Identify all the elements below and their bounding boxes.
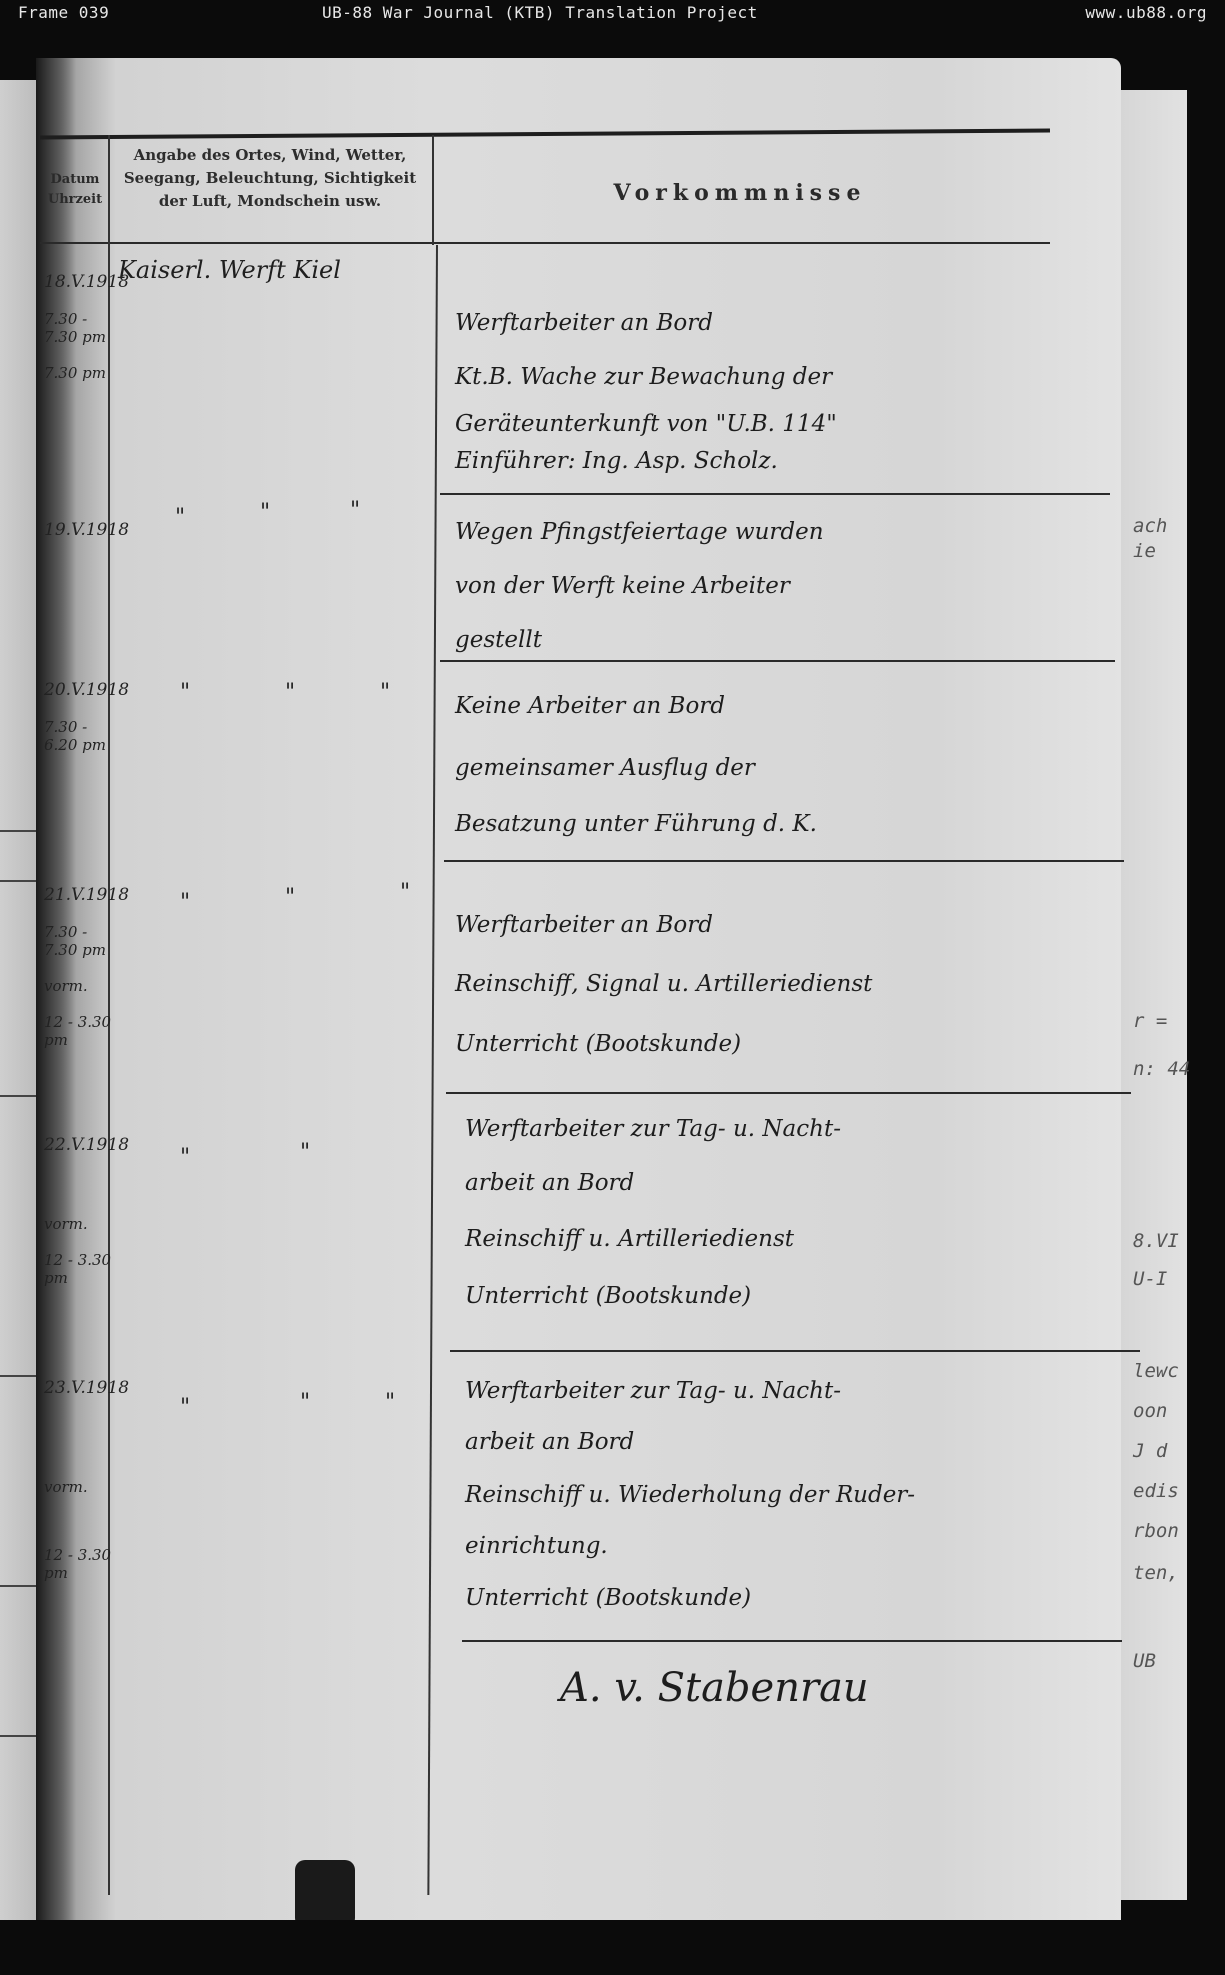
ditto-mark: " [260, 500, 270, 525]
adjacent-left-page [0, 80, 36, 1920]
ditto-mark: " [285, 680, 295, 705]
time: 7.30 - 7.30 pm [44, 923, 116, 959]
ditto-mark: " [180, 680, 190, 705]
date: 19.V.1918 [44, 520, 116, 540]
header-line: der Luft, Mondschein usw. [112, 190, 428, 213]
event-line: von der Werft keine Arbeiter [455, 559, 1105, 613]
time: 12 - 3.30 pm [44, 1546, 116, 1582]
project-title: UB-88 War Journal (KTB) Translation Proj… [322, 3, 758, 22]
entry-divider [444, 860, 1124, 862]
event-line: Unterricht (Bootskunde) [465, 1569, 1115, 1627]
header-bottom-rule [40, 242, 1050, 244]
header-line: Seegang, Beleuchtung, Sichtigkeit [112, 167, 428, 190]
date-entry: 21.V.1918 7.30 - 7.30 pm vorm. 12 - 3.30… [44, 885, 116, 1049]
date: 20.V.1918 [44, 680, 116, 700]
fragment: ten, [1133, 1562, 1179, 1584]
time: vorm. [44, 977, 116, 995]
date-entry: 19.V.1918 [44, 520, 116, 540]
fragment: UB [1133, 1650, 1156, 1672]
entry-divider [450, 1350, 1140, 1352]
adjacent-right-page: ach ie r = n: 44 8.VI U-I lewc oon J d e… [1121, 90, 1187, 1900]
event-line: Einführer: Ing. Asp. Scholz. [455, 444, 1105, 478]
scan-border [0, 1920, 1225, 1975]
event-line: Kt.B. Wache zur Bewachung der [455, 350, 1105, 404]
event-line: Geräteunterkunft von "U.B. 114" [455, 404, 1105, 444]
ditto-mark: " [380, 680, 390, 705]
ditto-mark: " [180, 1145, 190, 1170]
ditto-mark: " [350, 498, 360, 523]
ditto-mark: " [180, 890, 190, 915]
event-line: Werftarbeiter zur Tag- u. Nacht- [465, 1100, 1115, 1158]
fragment: ach [1133, 515, 1167, 537]
entry-divider [462, 1640, 1122, 1642]
date-entry: 22.V.1918 vorm. 12 - 3.30 pm [44, 1135, 116, 1287]
ditto-mark: " [285, 885, 295, 910]
event-entry: Werftarbeiter zur Tag- u. Nacht- arbeit … [465, 1100, 1115, 1322]
event-line: Wegen Pfingstfeiertage wurden [455, 505, 1105, 559]
place-entry: Kaiserl. Werft Kiel [118, 256, 341, 284]
frame-label: Frame 039 [18, 3, 109, 22]
header-place-weather: Angabe des Ortes, Wind, Wetter, Seegang,… [112, 144, 428, 213]
event-line: Besatzung unter Führung d. K. [455, 799, 1105, 849]
header-time: Uhrzeit [42, 190, 108, 210]
header-date-time: Datum Uhrzeit [42, 170, 108, 210]
fragment: J d [1133, 1440, 1167, 1462]
date: 18.V.1918 [44, 272, 116, 292]
event-line: Unterricht (Bootskunde) [465, 1270, 1115, 1322]
date-entry: 20.V.1918 7.30 - 6.20 pm [44, 680, 116, 754]
event-line: Reinschiff, Signal u. Artilleriedienst [455, 955, 1105, 1013]
time: 7.30 pm [44, 364, 116, 382]
header-date: Datum [42, 170, 108, 190]
date-entry: 23.V.1918 vorm. 12 - 3.30 pm [44, 1378, 116, 1582]
event-line: Werftarbeiter an Bord [455, 296, 1105, 350]
fragment: r = [1133, 1010, 1167, 1032]
time: 7.30 - 7.30 pm [44, 310, 116, 346]
fragment: lewc [1133, 1360, 1179, 1382]
ditto-mark: " [300, 1140, 310, 1165]
event-line: arbeit an Bord [465, 1417, 1115, 1467]
header-events: Vorkommnisse [440, 180, 1040, 206]
time: 12 - 3.30 pm [44, 1251, 116, 1287]
ditto-mark: " [400, 880, 410, 905]
event-entry: Wegen Pfingstfeiertage wurden von der We… [455, 505, 1105, 667]
time: vorm. [44, 1478, 116, 1496]
event-line: arbeit an Bord [465, 1158, 1115, 1208]
event-entry: Werftarbeiter an Bord Reinschiff, Signal… [455, 895, 1105, 1075]
fragment: ie [1133, 540, 1156, 562]
time: 12 - 3.30 pm [44, 1013, 116, 1049]
ink-blot [295, 1860, 355, 1928]
time: 7.30 - 6.20 pm [44, 718, 116, 754]
event-line: einrichtung. [465, 1523, 1115, 1569]
ditto-mark: " [175, 505, 185, 530]
fragment: rbon [1133, 1520, 1179, 1542]
event-entry: Keine Arbeiter an Bord gemeinsamer Ausfl… [455, 675, 1105, 849]
date: 21.V.1918 [44, 885, 116, 905]
header-line: Angabe des Ortes, Wind, Wetter, [112, 144, 428, 167]
event-line: Reinschiff u. Artilleriedienst [465, 1208, 1115, 1270]
event-line: gestellt [455, 613, 1105, 667]
event-line: Werftarbeiter zur Tag- u. Nacht- [465, 1365, 1115, 1417]
site-url[interactable]: www.ub88.org [1085, 3, 1207, 22]
time: vorm. [44, 1215, 116, 1233]
fragment: oon [1133, 1400, 1167, 1422]
ditto-mark: " [300, 1390, 310, 1415]
event-line: Reinschiff u. Wiederholung der Ruder- [465, 1467, 1115, 1523]
ditto-mark: " [180, 1395, 190, 1420]
event-line: Unterricht (Bootskunde) [455, 1013, 1105, 1075]
event-line: Werftarbeiter an Bord [455, 895, 1105, 955]
date: 23.V.1918 [44, 1378, 116, 1398]
fragment: U-I [1133, 1268, 1167, 1290]
date-entry: 18.V.1918 7.30 - 7.30 pm 7.30 pm [44, 272, 116, 382]
event-line: Keine Arbeiter an Bord [455, 675, 1105, 737]
place-column-divider-header [432, 135, 434, 245]
fragment: 8.VI [1133, 1230, 1179, 1252]
event-entry: Werftarbeiter zur Tag- u. Nacht- arbeit … [465, 1365, 1115, 1627]
event-entry: Werftarbeiter an Bord Kt.B. Wache zur Be… [455, 296, 1105, 478]
header-bar: Frame 039 UB-88 War Journal (KTB) Transl… [0, 0, 1225, 28]
commander-signature: A. v. Stabenrau [560, 1665, 869, 1711]
ditto-mark: " [385, 1390, 395, 1415]
fragment: n: 44 [1133, 1058, 1190, 1080]
event-line: gemeinsamer Ausflug der [455, 737, 1105, 799]
date: 22.V.1918 [44, 1135, 116, 1155]
entry-divider [440, 493, 1110, 495]
fragment: edis [1133, 1480, 1179, 1502]
entry-divider [446, 1092, 1131, 1094]
